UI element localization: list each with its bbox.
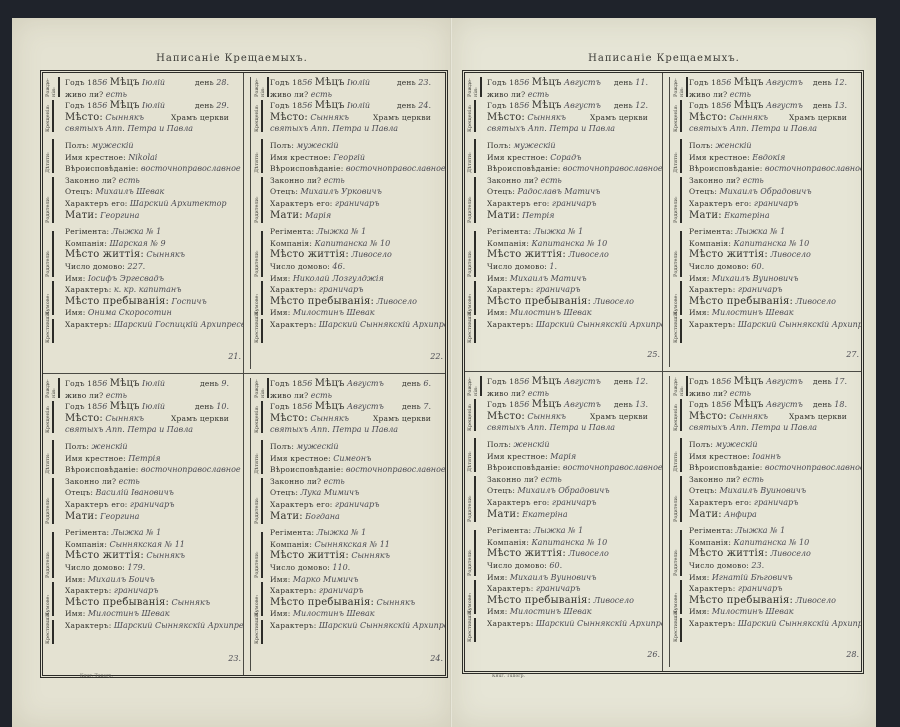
- birth-date-row: Годъ 1856 Мѣцъ Августъ день 12.: [487, 376, 648, 388]
- godparent-name-row: Имя: Михаилъ Матичъ: [487, 273, 648, 285]
- baptism-date-row: Годъ 1856 Мѣцъ Августъ день 18.: [689, 399, 847, 411]
- side-label-priest: Крестившiй:: [254, 319, 263, 343]
- alive-row: живо ли? есть: [487, 89, 648, 101]
- company-row: Компанiя: Шарская № 9: [65, 238, 229, 250]
- church-row: святыхъ Апп. Петра и Павла: [487, 422, 648, 434]
- baptism-record: Рожде-нiя: Крещенiя: Дѣтяти: Родители: Р…: [465, 73, 663, 372]
- godparent-rank-row: Характеръ: граничаръ: [689, 583, 847, 595]
- place-row: Мѣсто: Сыннякъ Храмъ церкви: [65, 413, 229, 425]
- church-row: святыхъ Апп. Петра и Павла: [65, 123, 229, 135]
- side-label-priest: Крестившiй:: [467, 618, 476, 642]
- godparent-name-row: Имя: Михаилъ Боичъ: [65, 574, 229, 586]
- father-rank-row: Характеръ его: граничаръ: [270, 499, 431, 511]
- page-title: Написанiе Крещаемыхъ.: [12, 53, 452, 64]
- birth-date-row: Годъ 1856 Мѣцъ Iюлiй день 9.: [65, 378, 229, 390]
- sex-row: Полъ: мужескiй: [270, 441, 431, 453]
- birth-date-row: Годъ 1856 Мѣцъ Августъ день 17.: [689, 376, 847, 388]
- side-label-parents: Родители:: [45, 177, 54, 223]
- priest-name-row: Имя: Милостинъ Шевак: [270, 608, 431, 620]
- priest-rank-row: Характеръ: Шарский Сыннякскiй Архипресви…: [270, 620, 431, 632]
- residence-row: Мѣсто життiя: Ливосело: [689, 548, 847, 560]
- sex-row: Полъ: мужескiй: [270, 140, 431, 152]
- side-label-godparents-mil: Родители:: [673, 530, 682, 576]
- house-number-row: Число домово: 60.: [487, 560, 648, 572]
- mother-row: Мати: Екатерiна: [689, 210, 847, 222]
- church-row: святыхъ Апп. Петра и Павла: [689, 422, 847, 434]
- godparent-name-row: Имя: Марко Мимичъ: [270, 574, 431, 586]
- child-name-row: Имя крестное: Iоаннъ: [689, 451, 847, 463]
- religion-row: Вѣроисповѣданiе: восточноправославное: [487, 462, 648, 474]
- birth-date-row: Годъ 1856 Мѣцъ Августъ день 6.: [270, 378, 431, 390]
- legitimate-row: Законно ли? есть: [270, 175, 431, 187]
- side-label-birth: Рожде-нiя:: [45, 378, 60, 398]
- side-label-priest: Крестившiй:: [45, 620, 54, 644]
- entry-number: 25.: [647, 350, 660, 359]
- birth-date-row: Годъ 1856 Мѣцъ Iюлiй день 23.: [270, 77, 431, 89]
- church-row: святыхъ Апп. Петра и Павла: [65, 424, 229, 436]
- baptism-record: Рожде-нiя: Крещенiя: Дѣтяти: Родители: Р…: [244, 374, 445, 675]
- record-grid: Рожде-нiя: Крещенiя: Дѣтяти: Родители: Р…: [43, 73, 445, 675]
- residence-row: Мѣсто життiя: Сыннякъ: [270, 550, 431, 562]
- printer-mark: Кнuг. Тuпогр.: [80, 674, 113, 679]
- child-name-row: Имя крестное: Симеонъ: [270, 453, 431, 465]
- baptism-date-row: Годъ 1856 Мѣцъ Iюлiй день 10.: [65, 401, 229, 413]
- religion-row: Вѣроисповѣданiе: восточноправославное: [270, 163, 431, 175]
- priest-rank-row: Характеръ: Шарский Сыннякскiй Архипресви…: [487, 319, 648, 331]
- side-label-parents: Родители:: [673, 476, 682, 522]
- priest-rank-row: Характеръ: Шарский Сыннякскiй Архипресви…: [65, 620, 229, 632]
- house-number-row: Число домово: 46.: [270, 261, 431, 273]
- mother-row: Мати: Марiя: [270, 210, 431, 222]
- father-row: Отецъ: Михаилъ Урковичъ: [270, 186, 431, 198]
- side-label-baptism: Крещенiя:: [673, 100, 682, 132]
- side-label-birth: Рожде-нiя:: [254, 378, 269, 398]
- place-row: Мѣсто: Сыннякъ Храмъ церкви: [65, 112, 229, 124]
- godparent-rank-row: Характеръ: граничаръ: [270, 284, 431, 296]
- baptism-record: Рожде-нiя: Крещенiя: Дѣтяти: Родители: Р…: [43, 374, 244, 675]
- house-number-row: Число домово: 1.: [487, 261, 648, 273]
- godparent-name-row: Имя: Игнатiй Бѣговичъ: [689, 572, 847, 584]
- side-label-child: Дѣтяти:: [467, 438, 476, 472]
- entry-number: 24.: [430, 654, 443, 663]
- baptism-record: Рожде-нiя: Крещенiя: Дѣтяти: Родители: Р…: [465, 372, 663, 671]
- legitimate-row: Законно ли? есть: [689, 175, 847, 187]
- godparent-place-row: Мѣсто пребыванiя: Ливосело: [689, 595, 847, 607]
- side-label-child: Дѣтяти:: [45, 139, 54, 173]
- church-row: святыхъ Апп. Петра и Павла: [270, 424, 431, 436]
- company-row: Компанiя: Капитанска № 10: [270, 238, 431, 250]
- side-label-godparents-mil: Родители:: [45, 231, 54, 277]
- godparent-name-row: Имя: Михаилъ Вуиновичъ: [689, 273, 847, 285]
- birth-date-row: Годъ 1856 Мѣцъ Августъ день 11.: [487, 77, 648, 89]
- entry-number: 27.: [846, 350, 859, 359]
- legitimate-row: Законно ли? есть: [270, 476, 431, 488]
- church-row: святыхъ Апп. Петра и Павла: [487, 123, 648, 135]
- side-label-child: Дѣтяти:: [45, 440, 54, 474]
- godparent-name-row: Имя: Николай Лозгулджiя: [270, 273, 431, 285]
- side-label-godparents-mil: Родители:: [673, 231, 682, 277]
- side-label-parents: Родители:: [467, 476, 476, 522]
- sex-row: Полъ: мужескiй: [689, 439, 847, 451]
- baptism-record: Рожде-нiя: Крещенiя: Дѣтяти: Родители: Р…: [43, 73, 244, 374]
- place-row: Мѣсто: Сыннякъ Храмъ церкви: [487, 411, 648, 423]
- godparent-rank-row: Характеръ: к. кр. капитанъ: [65, 284, 229, 296]
- sex-row: Полъ: женскiй: [487, 439, 648, 451]
- sex-row: Полъ: женскiй: [65, 441, 229, 453]
- side-label-baptism: Крещенiя:: [467, 399, 476, 431]
- company-row: Компанiя: Сыннякская № 11: [65, 539, 229, 551]
- baptism-date-row: Годъ 1856 Мѣцъ Iюлiй день 29.: [65, 100, 229, 112]
- residence-row: Мѣсто життiя: Ливосело: [270, 249, 431, 261]
- godparent-rank-row: Характеръ: граничаръ: [689, 284, 847, 296]
- birth-date-row: Годъ 1856 Мѣцъ Августъ день 12.: [689, 77, 847, 89]
- side-label-priest: Крестившiй:: [673, 319, 682, 343]
- sex-row: Полъ: мужескiй: [65, 140, 229, 152]
- legitimate-row: Законно ли? есть: [65, 175, 229, 187]
- house-number-row: Число домово: 60.: [689, 261, 847, 273]
- mother-row: Мати: Георгина: [65, 210, 229, 222]
- church-row: святыхъ Апп. Петра и Павла: [689, 123, 847, 135]
- father-row: Отецъ: Лука Мимичъ: [270, 487, 431, 499]
- regiment-row: Регiмента: Лыжка № 1: [689, 226, 847, 238]
- birth-date-row: Годъ 1856 Мѣцъ Iюлiй день 28.: [65, 77, 229, 89]
- place-row: Мѣсто: Сыннякъ Храмъ церкви: [270, 413, 431, 425]
- priest-name-row: Имя: Онима Скоросотин: [65, 307, 229, 319]
- religion-row: Вѣроисповѣданiе: восточноправославное: [270, 464, 431, 476]
- legitimate-row: Законно ли? есть: [65, 476, 229, 488]
- mother-row: Мати: Богдана: [270, 511, 431, 523]
- religion-row: Вѣроисповѣданiе: восточноправославное: [65, 163, 229, 175]
- religion-row: Вѣроисповѣданiе: восточноправославное: [65, 464, 229, 476]
- residence-row: Мѣсто життiя: Сыннякъ: [65, 550, 229, 562]
- house-number-row: Число домово: 179.: [65, 562, 229, 574]
- company-row: Компанiя: Капитанска № 10: [689, 238, 847, 250]
- place-row: Мѣсто: Сыннякъ Храмъ церкви: [270, 112, 431, 124]
- priest-name-row: Имя: Милостинъ Шевак: [689, 307, 847, 319]
- priest-rank-row: Характеръ: Шарский Сыннякскiй Архипресви…: [689, 319, 847, 331]
- side-label-godparents-mil: Родители:: [254, 231, 263, 277]
- godparent-place-row: Мѣсто пребыванiя: Ливосело: [270, 296, 431, 308]
- religion-row: Вѣроисповѣданiе: восточноправославное: [487, 163, 648, 175]
- godparent-place-row: Мѣсто пребыванiя: Госпичъ: [65, 296, 229, 308]
- side-label-parents: Родители:: [254, 177, 263, 223]
- side-label-parents: Родители:: [45, 478, 54, 524]
- regiment-row: Регiмента: Лыжка № 1: [487, 226, 648, 238]
- house-number-row: Число домово: 23.: [689, 560, 847, 572]
- side-label-child: Дѣтяти:: [673, 139, 682, 173]
- father-rank-row: Характеръ его: граничаръ: [487, 198, 648, 210]
- regiment-row: Регiмента: Лыжка № 1: [689, 525, 847, 537]
- side-label-priest: Крестившiй:: [45, 319, 54, 343]
- regiment-row: Регiмента: Лыжка № 1: [487, 525, 648, 537]
- child-name-row: Имя крестное: Петрiя: [65, 453, 229, 465]
- child-name-row: Имя крестное: Сорадъ: [487, 152, 648, 164]
- side-label-parents: Родители:: [673, 177, 682, 223]
- company-row: Компанiя: Сыннякская № 11: [270, 539, 431, 551]
- legitimate-row: Законно ли? есть: [689, 474, 847, 486]
- religion-row: Вѣроисповѣданiе: восточноправославное: [689, 462, 847, 474]
- residence-row: Мѣсто життiя: Сыннякъ: [65, 249, 229, 261]
- mother-row: Мати: Петрiя: [487, 210, 648, 222]
- priest-name-row: Имя: Милостинъ Шевак: [689, 606, 847, 618]
- side-label-child: Дѣтяти:: [467, 139, 476, 173]
- side-label-parents: Родители:: [254, 478, 263, 524]
- godparent-name-row: Имя: Михаилъ Вуиновичъ: [487, 572, 648, 584]
- father-row: Отецъ: Михаилъ Шевак: [65, 186, 229, 198]
- regiment-row: Регiмента: Лыжка № 1: [270, 226, 431, 238]
- register-frame: Рожде-нiя: Крещенiя: Дѣтяти: Родители: Р…: [462, 70, 864, 674]
- side-label-godparents-mil: Родители:: [254, 532, 263, 578]
- godparent-place-row: Мѣсто пребыванiя: Ливосело: [487, 595, 648, 607]
- regiment-row: Регiмента: Лыжка № 1: [65, 527, 229, 539]
- company-row: Компанiя: Капитанска № 10: [487, 537, 648, 549]
- father-rank-row: Характеръ его: граничаръ: [689, 497, 847, 509]
- entry-number: 22.: [430, 352, 443, 361]
- legitimate-row: Законно ли? есть: [487, 474, 648, 486]
- alive-row: живо ли? есть: [270, 89, 431, 101]
- godparent-name-row: Имя: Iосифъ Эргесвадъ: [65, 273, 229, 285]
- company-row: Компанiя: Капитанска № 10: [689, 537, 847, 549]
- sex-row: Полъ: женскiй: [689, 140, 847, 152]
- side-label-priest: Крестившiй:: [673, 618, 682, 642]
- alive-row: живо ли? есть: [270, 390, 431, 402]
- father-rank-row: Характеръ его: граничаръ: [270, 198, 431, 210]
- baptism-record: Рожде-нiя: Крещенiя: Дѣтяти: Родители: Р…: [244, 73, 445, 374]
- priest-name-row: Имя: Милостинъ Шевак: [65, 608, 229, 620]
- side-label-baptism: Крещенiя:: [467, 100, 476, 132]
- right-page: Написанiе Крещаемыхъ. Рожде-нiя: Крещенi…: [452, 18, 876, 727]
- mother-row: Мати: Георгина: [65, 511, 229, 523]
- residence-row: Мѣсто життiя: Ливосело: [689, 249, 847, 261]
- father-rank-row: Характеръ его: Шарский Архитектор: [65, 198, 229, 210]
- place-row: Мѣсто: Сыннякъ Храмъ церкви: [689, 411, 847, 423]
- father-row: Отецъ: Михаилъ Обрадовичъ: [689, 186, 847, 198]
- place-row: Мѣсто: Сыннякъ Храмъ церкви: [689, 112, 847, 124]
- side-label-birth: Рожде-нiя:: [467, 376, 482, 396]
- church-row: святыхъ Апп. Петра и Павла: [270, 123, 431, 135]
- baptism-record: Рожде-нiя: Крещенiя: Дѣтяти: Родители: Р…: [663, 73, 861, 372]
- regiment-row: Регiмента: Лыжка № 1: [65, 226, 229, 238]
- godparent-rank-row: Характеръ: граничаръ: [65, 585, 229, 597]
- godparent-rank-row: Характеръ: граничаръ: [487, 284, 648, 296]
- entry-number: 28.: [846, 650, 859, 659]
- father-rank-row: Характеръ его: граничаръ: [65, 499, 229, 511]
- priest-name-row: Имя: Милостинъ Шевак: [270, 307, 431, 319]
- side-label-birth: Рожде-нiя:: [254, 77, 269, 97]
- side-label-baptism: Крещенiя:: [254, 401, 263, 433]
- sex-row: Полъ: мужескiй: [487, 140, 648, 152]
- father-rank-row: Характеръ его: граничаръ: [689, 198, 847, 210]
- side-label-child: Дѣтяти:: [254, 440, 263, 474]
- left-page: Написанiе Крещаемыхъ. Рожде-нiя: Крещенi…: [12, 18, 452, 727]
- priest-rank-row: Характеръ: Шарский Госпицкiй Архипресвит…: [65, 319, 229, 331]
- regiment-row: Регiмента: Лыжка № 1: [270, 527, 431, 539]
- side-label-godparents-mil: Родители:: [467, 530, 476, 576]
- alive-row: живо ли? есть: [689, 388, 847, 400]
- register-frame: Рожде-нiя: Крещенiя: Дѣтяти: Родители: Р…: [40, 70, 448, 678]
- priest-rank-row: Характеръ: Шарский Сыннякскiй Архипресви…: [270, 319, 431, 331]
- father-row: Отецъ: Радославъ Матичъ: [487, 186, 648, 198]
- alive-row: живо ли? есть: [65, 390, 229, 402]
- side-label-baptism: Крещенiя:: [254, 100, 263, 132]
- godparent-place-row: Мѣсто пребыванiя: Ливосело: [689, 296, 847, 308]
- priest-name-row: Имя: Милостинъ Шевак: [487, 606, 648, 618]
- side-label-child: Дѣтяти:: [673, 438, 682, 472]
- godparent-rank-row: Характеръ: граничаръ: [487, 583, 648, 595]
- mother-row: Мати: Екатерiна: [487, 509, 648, 521]
- entry-number: 21.: [228, 352, 241, 361]
- father-row: Отецъ: Михаилъ Вуиновичъ: [689, 485, 847, 497]
- child-name-row: Имя крестное: Георгiй: [270, 152, 431, 164]
- side-label-birth: Рожде-нiя:: [467, 77, 482, 97]
- side-label-priest: Крестившiй:: [467, 319, 476, 343]
- priest-rank-row: Характеръ: Шарский Сыннякскiй Архипресви…: [487, 618, 648, 630]
- side-label-priest: Крестившiй:: [254, 620, 263, 644]
- entry-number: 23.: [228, 654, 241, 663]
- child-name-row: Имя крестное: Nikolai: [65, 152, 229, 164]
- record-grid: Рожде-нiя: Крещенiя: Дѣтяти: Родители: Р…: [465, 73, 861, 671]
- alive-row: живо ли? есть: [487, 388, 648, 400]
- page-title: Написанiе Крещаемыхъ.: [452, 53, 876, 64]
- godparent-place-row: Мѣсто пребыванiя: Сыннякъ: [270, 597, 431, 609]
- baptism-date-row: Годъ 1856 Мѣцъ Iюлiй день 24.: [270, 100, 431, 112]
- residence-row: Мѣсто життiя: Ливосело: [487, 249, 648, 261]
- child-name-row: Имя крестное: Марiя: [487, 451, 648, 463]
- alive-row: живо ли? есть: [689, 89, 847, 101]
- godparent-place-row: Мѣсто пребыванiя: Сыннякъ: [65, 597, 229, 609]
- side-label-child: Дѣтяти:: [254, 139, 263, 173]
- house-number-row: Число домово: 110.: [270, 562, 431, 574]
- company-row: Компанiя: Капитанска № 10: [487, 238, 648, 250]
- baptism-date-row: Годъ 1856 Мѣцъ Августъ день 13.: [689, 100, 847, 112]
- father-row: Отецъ: Михаилъ Обрадовичъ: [487, 485, 648, 497]
- side-label-parents: Родители:: [467, 177, 476, 223]
- baptism-date-row: Годъ 1856 Мѣцъ Августъ день 7.: [270, 401, 431, 413]
- religion-row: Вѣроисповѣданiе: восточноправославное: [689, 163, 847, 175]
- side-label-birth: Рожде-нiя:: [673, 376, 688, 396]
- baptism-date-row: Годъ 1856 Мѣцъ Августъ день 12.: [487, 100, 648, 112]
- side-label-birth: Рожде-нiя:: [673, 77, 688, 97]
- father-row: Отецъ: Василiй Iвановичъ: [65, 487, 229, 499]
- side-label-birth: Рожде-нiя:: [45, 77, 60, 97]
- side-label-godparents-mil: Родители:: [467, 231, 476, 277]
- alive-row: живо ли? есть: [65, 89, 229, 101]
- house-number-row: Число домово: 227.: [65, 261, 229, 273]
- priest-name-row: Имя: Милостинъ Шевак: [487, 307, 648, 319]
- side-label-baptism: Крещенiя:: [45, 100, 54, 132]
- printer-mark: Кнuг. Тuпогр.: [492, 674, 525, 679]
- place-row: Мѣсто: Сыннякъ Храмъ церкви: [487, 112, 648, 124]
- mother-row: Мати: Анфира: [689, 509, 847, 521]
- residence-row: Мѣсто життiя: Ливосело: [487, 548, 648, 560]
- father-rank-row: Характеръ его: граничаръ: [487, 497, 648, 509]
- entry-number: 26.: [647, 650, 660, 659]
- godparent-rank-row: Характеръ: граничаръ: [270, 585, 431, 597]
- side-label-godparents-mil: Родители:: [45, 532, 54, 578]
- godparent-place-row: Мѣсто пребыванiя: Ливосело: [487, 296, 648, 308]
- side-label-baptism: Крещенiя:: [45, 401, 54, 433]
- child-name-row: Имя крестное: Евдокiя: [689, 152, 847, 164]
- side-label-baptism: Крещенiя:: [673, 399, 682, 431]
- priest-rank-row: Характеръ: Шарский Сыннякскiй Архипресви…: [689, 618, 847, 630]
- baptism-date-row: Годъ 1856 Мѣцъ Августъ день 13.: [487, 399, 648, 411]
- baptism-record: Рожде-нiя: Крещенiя: Дѣтяти: Родители: Р…: [663, 372, 861, 671]
- legitimate-row: Законно ли? есть: [487, 175, 648, 187]
